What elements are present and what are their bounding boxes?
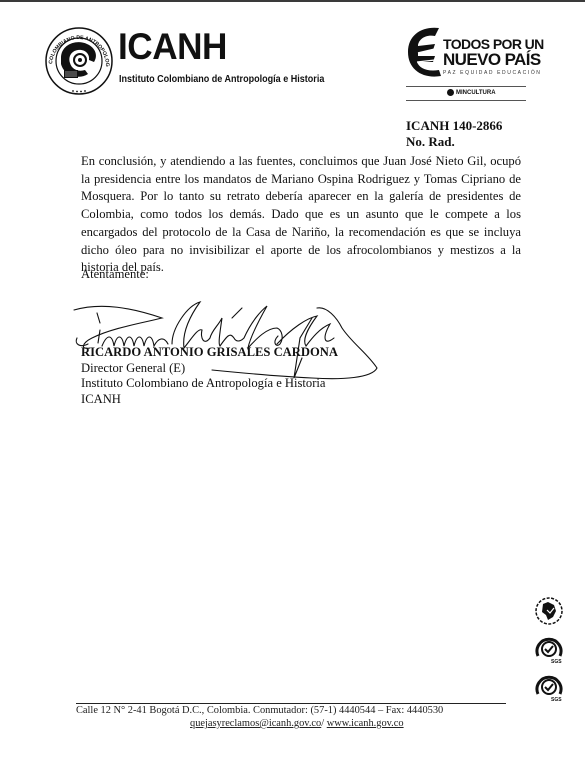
gov-slogan-line3: PAZ EQUIDAD EDUCACIÓN — [443, 70, 542, 76]
body-paragraph: En conclusión, y atendiendo a las fuente… — [81, 153, 521, 277]
gov-slogan-line2: NUEVO PAÍS — [443, 50, 541, 70]
letter-body: En conclusión, y atendiendo a las fuente… — [81, 153, 521, 277]
sgs-certification-icon: SGS — [534, 672, 564, 702]
footer-divider — [76, 703, 506, 704]
footer-address: Calle 12 N° 2-41 Bogotá D.C., Colombia. … — [76, 705, 443, 716]
signer-name: RICARDO ANTONIO GRISALES CARDONA — [81, 345, 338, 361]
ministry-label: MINCULTURA — [447, 89, 496, 96]
svg-text:SGS: SGS — [551, 697, 562, 702]
sgs-certification-icon: SGS — [534, 634, 564, 664]
certification-badges: SGS SGS — [534, 596, 574, 710]
reference-number: ICANH 140-2866 — [406, 118, 502, 134]
icanh-seal-logo-icon: COLOMBIANO DE ANTROPOLOGÍA E — [44, 26, 114, 96]
divider — [406, 86, 526, 87]
org-full-name: Instituto Colombiano de Antropología e H… — [119, 73, 324, 85]
page-top-border — [0, 0, 585, 2]
website-link[interactable]: www.icanh.gov.co — [327, 718, 404, 729]
signer-acronym: ICANH — [81, 392, 338, 408]
footer-links: quejasyreclamos@icanh.gov.co/ www.icanh.… — [190, 718, 404, 729]
colombia-map-seal-icon — [534, 596, 564, 626]
ministry-name: MINCULTURA — [456, 90, 496, 96]
email-link[interactable]: quejasyreclamos@icanh.gov.co — [190, 718, 321, 729]
radication-label: No. Rad. — [406, 134, 502, 150]
signer-block: RICARDO ANTONIO GRISALES CARDONA Directo… — [81, 345, 338, 408]
reference-block: ICANH 140-2866 No. Rad. — [406, 118, 502, 150]
closing-salutation: Atentamente: — [81, 267, 149, 282]
svg-text:SGS: SGS — [551, 659, 562, 664]
signer-institution: Instituto Colombiano de Antropología e H… — [81, 376, 338, 392]
divider — [406, 100, 526, 101]
org-acronym: ICANH — [118, 28, 227, 65]
mincultura-icon — [447, 89, 454, 96]
signer-title: Director General (E) — [81, 361, 338, 377]
